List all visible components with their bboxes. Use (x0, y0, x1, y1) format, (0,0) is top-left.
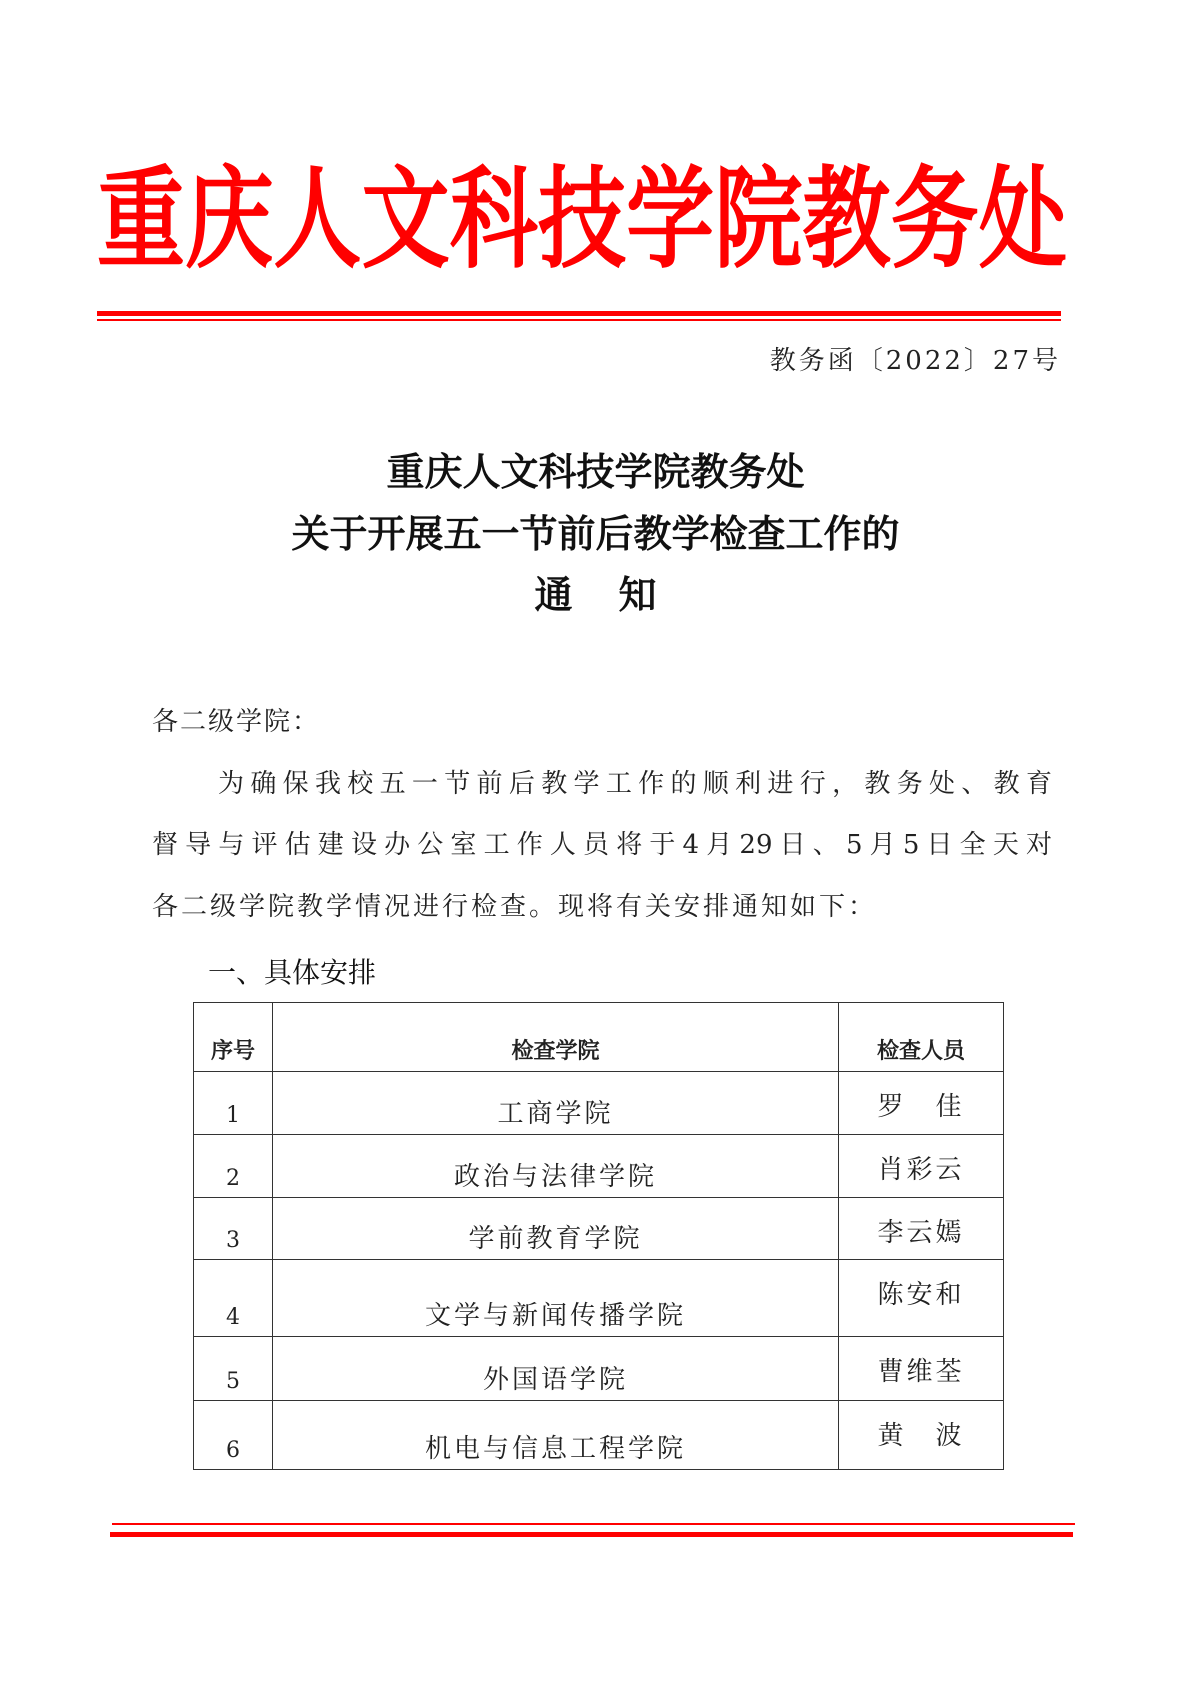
masthead-char: 庆 (185, 165, 267, 275)
title-line-1: 重庆人文科技学院教务处 (0, 453, 1191, 491)
table-row: 2 政治与法律学院 肖彩云 (194, 1135, 1004, 1198)
title-line-3: 通知 (0, 576, 1191, 614)
row-college: 文学与新闻传播学院 (273, 1260, 839, 1337)
row-person: 李云嫣 (839, 1198, 1004, 1260)
masthead-org-name: 重 庆 人 文 科 技 学 院 教 务 处 (97, 160, 1061, 280)
row-num: 3 (194, 1198, 273, 1260)
table-row: 5 外国语学院 曹维荃 (194, 1337, 1004, 1401)
paragraph-line-2: 督导与评估建设办公室工作人员将于4月29日、5月5日全天对 (152, 832, 1052, 858)
row-person: 肖彩云 (839, 1135, 1004, 1198)
masthead-char: 教 (803, 165, 885, 275)
section-heading: 一、具体安排 (208, 951, 376, 991)
row-person: 曹维荃 (839, 1337, 1004, 1401)
header-divider-thin (97, 319, 1061, 321)
row-num: 5 (194, 1337, 273, 1401)
row-num: 4 (194, 1260, 273, 1337)
paragraph-line-3: 各二级学院教学情况进行检查。现将有关安排通知如下： (152, 894, 1052, 920)
row-college: 工商学院 (273, 1072, 839, 1135)
row-college: 机电与信息工程学院 (273, 1401, 839, 1470)
row-num: 2 (194, 1135, 273, 1198)
masthead-char: 院 (714, 165, 796, 275)
masthead-char: 务 (891, 165, 973, 275)
row-college: 外国语学院 (273, 1337, 839, 1401)
masthead-char: 技 (538, 165, 620, 275)
header-num: 序号 (194, 1003, 273, 1072)
row-person: 黄 波 (839, 1401, 1004, 1470)
masthead-char: 重 (97, 165, 179, 275)
header-divider-thick (97, 311, 1061, 316)
header-person: 检查人员 (839, 1003, 1004, 1072)
table-row: 4 文学与新闻传播学院 陈安和 (194, 1260, 1004, 1337)
row-num: 6 (194, 1401, 273, 1470)
table-row: 6 机电与信息工程学院 黄 波 (194, 1401, 1004, 1470)
table-header-row: 序号 检查学院 检查人员 (194, 1003, 1004, 1072)
footer-divider-thin (112, 1523, 1075, 1525)
row-college: 政治与法律学院 (273, 1135, 839, 1198)
masthead-char: 人 (273, 165, 355, 275)
row-person: 罗 佳 (839, 1072, 1004, 1135)
title-line-2: 关于开展五一节前后教学检查工作的 (0, 515, 1191, 553)
inspection-schedule-table: 序号 检查学院 检查人员 1 工商学院 罗 佳 2 政治与法律学院 肖彩云 3 … (193, 1002, 1004, 1470)
masthead-char: 文 (362, 165, 444, 275)
table-row: 3 学前教育学院 李云嫣 (194, 1198, 1004, 1260)
table-row: 1 工商学院 罗 佳 (194, 1072, 1004, 1135)
masthead-char: 科 (450, 165, 532, 275)
header-college: 检查学院 (273, 1003, 839, 1072)
row-num: 1 (194, 1072, 273, 1135)
salutation: 各二级学院： (152, 709, 320, 735)
masthead-char: 学 (626, 165, 708, 275)
row-college: 学前教育学院 (273, 1198, 839, 1260)
masthead-char: 处 (979, 165, 1061, 275)
row-person: 陈安和 (839, 1260, 1004, 1337)
document-number: 教务函〔2022〕27号 (770, 340, 1061, 377)
footer-divider-thick (110, 1532, 1073, 1537)
paragraph-line-1: 为确保我校五一节前后教学工作的顺利进行，教务处、教育 (152, 771, 1052, 797)
